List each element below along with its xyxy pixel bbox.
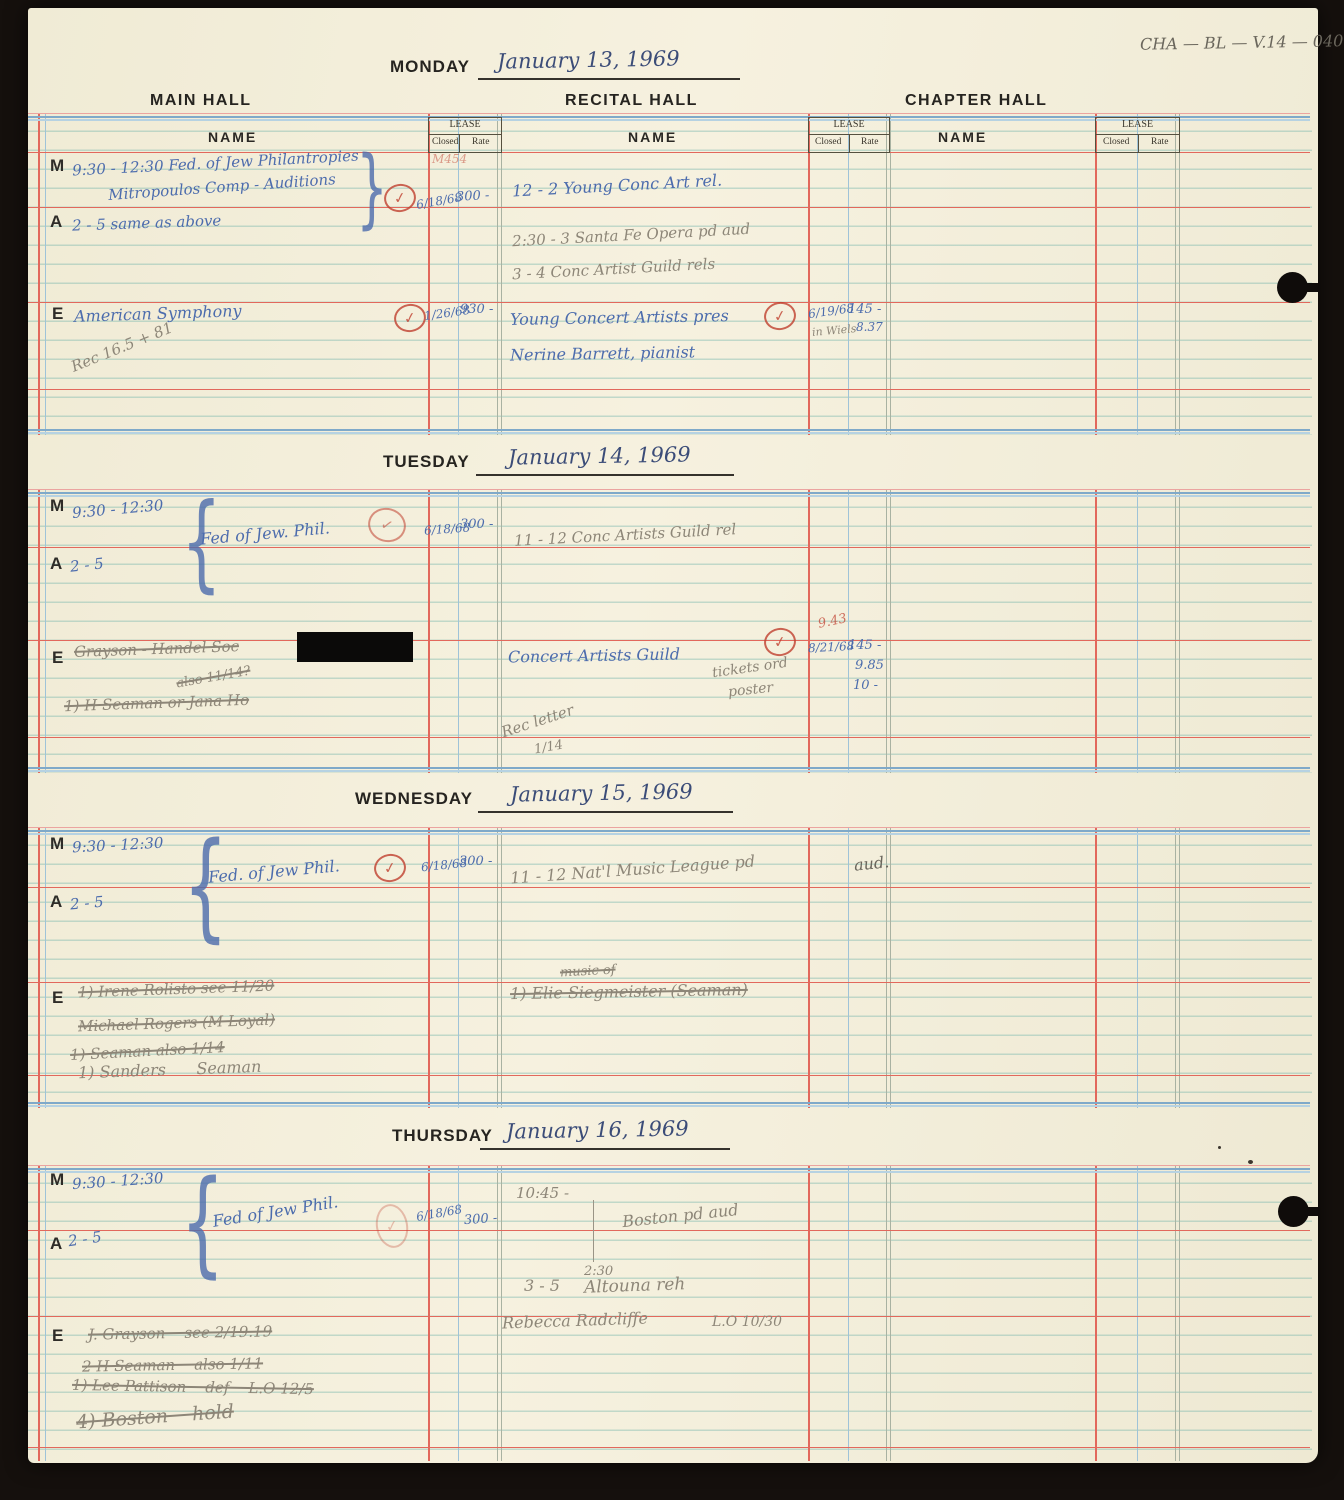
day-label-monday: MONDAY (390, 57, 470, 77)
column-rule (428, 113, 430, 435)
column-rule (501, 113, 502, 435)
lease-header-main: LEASE Closed Rate (428, 117, 502, 153)
struck-entry-wednesday-recital-1: music of (560, 963, 616, 981)
column-rule (1137, 1165, 1138, 1461)
date-underline (478, 811, 733, 813)
struck-entry-thursday-1: J. Grayson see 2/19.19 (88, 1322, 272, 1343)
column-rule (1175, 489, 1176, 773)
column-rule (497, 489, 498, 773)
row-label-morning: M (50, 834, 64, 854)
row-label-afternoon: A (50, 554, 62, 574)
row-label-afternoon: A (50, 212, 62, 232)
redaction-box (297, 632, 413, 662)
column-rule (45, 1165, 46, 1461)
row-label-evening: E (52, 304, 63, 324)
day-label-thursday: THURSDAY (392, 1126, 493, 1146)
column-rule (886, 489, 887, 773)
column-rule (890, 489, 891, 773)
column-rule (1175, 827, 1176, 1108)
column-rule (848, 827, 849, 1108)
ink-speck (1218, 1146, 1221, 1149)
column-rule (497, 1165, 498, 1461)
lease-rate-monday-recital-1: 145 - (848, 302, 881, 317)
entry-monday-recital-evening-1: Young Concert Artists pres (510, 306, 729, 329)
hall-title-recital: RECITAL HALL (565, 92, 698, 110)
row-rule (28, 1102, 1310, 1104)
column-rule (38, 489, 40, 773)
lease-rate-thursday-main: 300 - (464, 1211, 498, 1228)
column-rule (497, 827, 498, 1108)
date-thursday: January 16, 1969 (506, 1116, 689, 1143)
column-rule (848, 1165, 849, 1461)
column-header-name-chapter: NAME (938, 129, 987, 145)
date-tuesday: January 14, 1969 (508, 442, 691, 469)
struck-entry-thursday-2: 2 H Seaman also 1/11 (82, 1354, 263, 1375)
scanned-ledger-photo: { "archive_code": "CHA — BL — V.14 — 040… (0, 0, 1344, 1500)
column-rule (1179, 113, 1180, 435)
column-rule (497, 113, 498, 435)
column-header-name-recital: NAME (628, 129, 677, 145)
lease-label: LEASE (429, 119, 501, 130)
ink-speck (1248, 1160, 1253, 1164)
rate-label: Rate (861, 137, 878, 147)
date-underline (478, 78, 740, 80)
lease-rate-monday-main-evening: 930 - (460, 302, 493, 317)
entry-tuesday-main-afternoon: 2 - 5 (69, 554, 104, 575)
column-rule (38, 113, 40, 435)
column-rule (886, 113, 887, 435)
column-rule (808, 827, 810, 1108)
entry-monday-recital-evening-2: Nerine Barrett, pianist (510, 342, 695, 364)
rate-label: Rate (472, 137, 489, 147)
column-header-name-main: NAME (208, 129, 257, 145)
column-rule (1095, 113, 1097, 435)
column-rule (886, 1165, 887, 1461)
closed-label: Closed (815, 137, 841, 147)
column-rule (848, 489, 849, 773)
column-rule (1137, 489, 1138, 773)
date-underline (480, 1148, 730, 1150)
punch-hole-stem (1290, 1207, 1318, 1216)
lease-label: LEASE (809, 119, 889, 130)
column-rule (1095, 827, 1097, 1108)
column-rule (808, 113, 810, 435)
column-rule (38, 1165, 40, 1461)
row-rule (28, 207, 1310, 208)
row-rule (28, 737, 1310, 738)
lease-rate-wednesday-main: 300 - (459, 854, 492, 869)
row-rule (28, 1447, 1310, 1448)
archive-code: CHA — BL — V.14 — 040 (1140, 31, 1344, 54)
day-label-wednesday: WEDNESDAY (355, 789, 473, 809)
punch-hole-stem (1290, 283, 1318, 292)
ledger-sheet: CHA — BL — V.14 — 040 MONDAY January 13,… (28, 8, 1318, 1463)
row-rule (28, 767, 1310, 769)
row-label-morning: M (50, 156, 64, 176)
column-rule (1095, 1165, 1097, 1461)
grouping-brace: } (356, 146, 387, 232)
closed-label: Closed (1103, 137, 1129, 147)
column-rule (1179, 827, 1180, 1108)
note-lo-date: L.O 10/30 (712, 1314, 782, 1330)
entry-thursday-recital-afternoon-time: 3 - 5 (524, 1276, 560, 1295)
hall-title-chapter: CHAPTER HALL (905, 92, 1047, 110)
entry-wednesday-main-afternoon: 2 - 5 (69, 893, 104, 914)
day-label-tuesday: TUESDAY (383, 452, 470, 472)
row-label-evening: E (52, 648, 63, 668)
column-rule (1175, 1165, 1176, 1461)
lease-label: LEASE (1096, 119, 1179, 130)
column-rule (1179, 1165, 1180, 1461)
row-label-morning: M (50, 496, 64, 516)
column-rule (808, 489, 810, 773)
entry-thursday-recital-morning-time: 10:45 - (516, 1184, 569, 1202)
column-rule (890, 113, 891, 435)
row-rule (28, 113, 1310, 114)
column-rule (38, 827, 40, 1108)
lease-rate-tuesday-recital-2: 9.85 (855, 658, 884, 673)
entry-tuesday-recital-evening: Concert Artists Guild (508, 645, 680, 667)
column-rule (45, 489, 46, 773)
column-rule (890, 827, 891, 1108)
column-rule (1095, 489, 1097, 773)
column-rule (808, 1165, 810, 1461)
lease-header-chapter: LEASE Closed Rate (1095, 117, 1180, 153)
column-rule (45, 113, 46, 435)
column-rule (890, 1165, 891, 1461)
column-rule (1137, 113, 1138, 435)
date-underline (476, 474, 734, 476)
row-label-evening: E (52, 988, 63, 1008)
lease-rate-monday-recital-2: 8.37 (856, 320, 883, 334)
row-label-morning: M (50, 1170, 64, 1190)
column-rule (848, 113, 849, 435)
column-rule (1179, 489, 1180, 773)
lease-rate-monday-main: 300 - (456, 188, 490, 205)
lease-rate-tuesday-recital-1: 145 - (848, 638, 881, 653)
pencil-divider-line (593, 1200, 594, 1262)
lease-code-note: M454 (432, 152, 467, 166)
column-rule (1137, 827, 1138, 1108)
lease-rate-tuesday-recital-3: 10 - (853, 678, 878, 693)
entry-wednesday-recital-morning-suffix: aud. (853, 852, 890, 875)
rate-label: Rate (1151, 137, 1168, 147)
row-label-afternoon: A (50, 1234, 62, 1254)
column-rule (1175, 113, 1176, 435)
row-rule (28, 389, 1310, 390)
row-rule (28, 1316, 1310, 1317)
hall-title-main: MAIN HALL (150, 92, 251, 110)
lease-header-recital: LEASE Closed Rate (808, 117, 890, 153)
row-rule (28, 429, 1310, 431)
closed-label: Closed (432, 137, 458, 147)
column-rule (501, 827, 502, 1108)
entry-thursday-recital-afternoon: Altouna reh (584, 1274, 686, 1298)
column-rule (45, 827, 46, 1108)
date-monday: January 13, 1969 (497, 46, 680, 73)
lease-rate-tuesday-main: 300 - (460, 517, 493, 532)
row-label-evening: E (52, 1326, 63, 1346)
row-label-afternoon: A (50, 892, 62, 912)
date-wednesday: January 15, 1969 (510, 779, 693, 806)
